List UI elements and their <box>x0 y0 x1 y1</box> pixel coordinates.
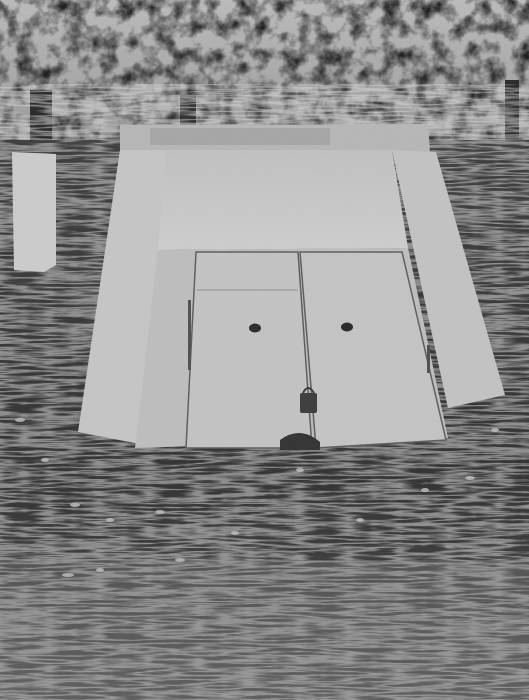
bunker-photo <box>0 0 529 700</box>
photo-scene: Black and white photo of a sloped concre… <box>0 0 529 700</box>
film-grain <box>0 0 529 700</box>
